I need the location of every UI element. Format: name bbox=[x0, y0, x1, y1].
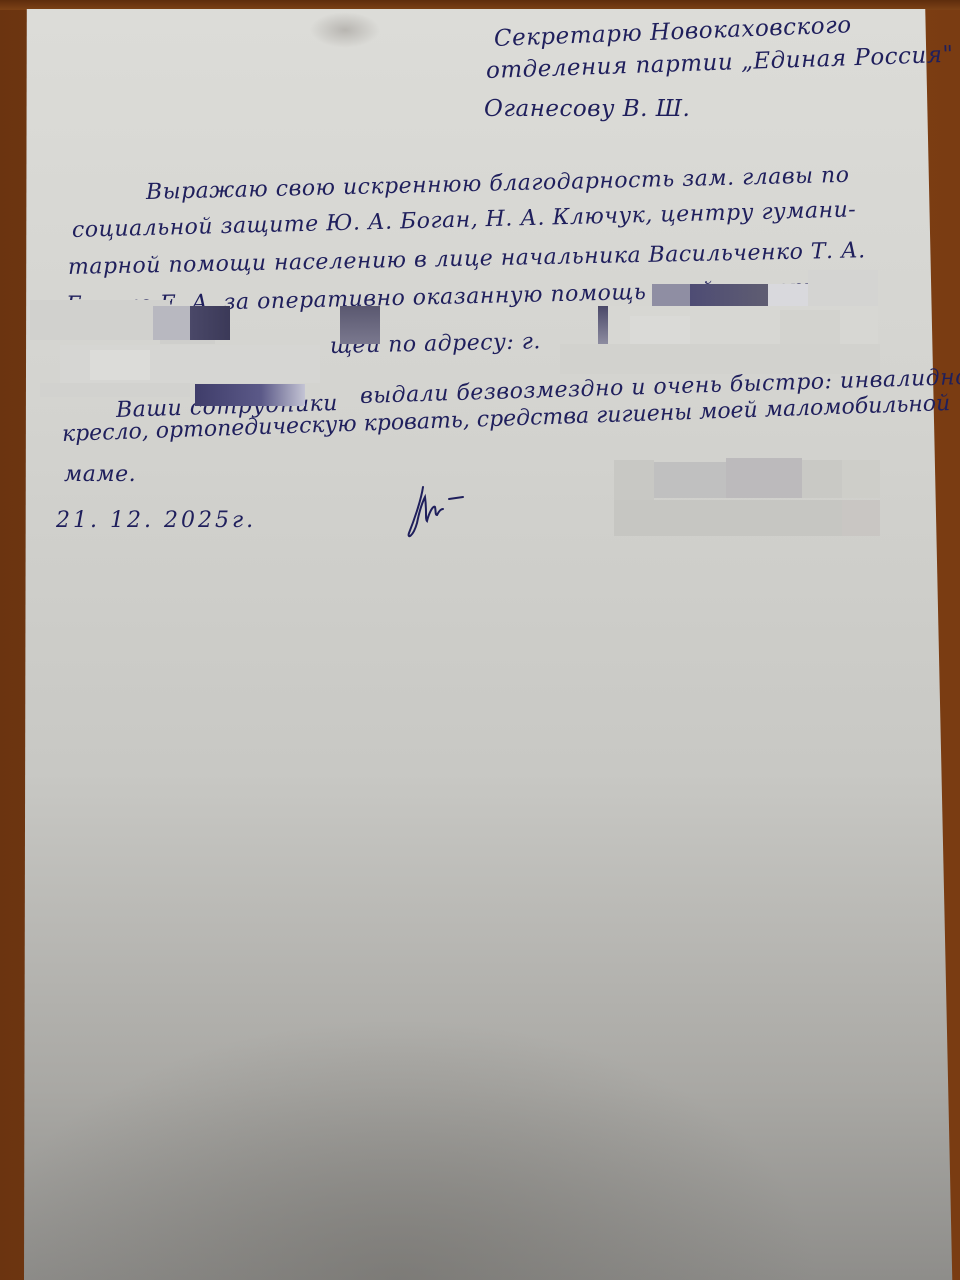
body-line-8: маме. bbox=[64, 462, 136, 487]
desk-surface bbox=[0, 0, 960, 10]
letter-date: 21. 12. 2025г. bbox=[56, 508, 256, 533]
paper-smudge bbox=[310, 12, 380, 48]
signature-icon bbox=[405, 483, 465, 541]
addressee-line-3: Оганесову В. Ш. bbox=[484, 96, 690, 122]
